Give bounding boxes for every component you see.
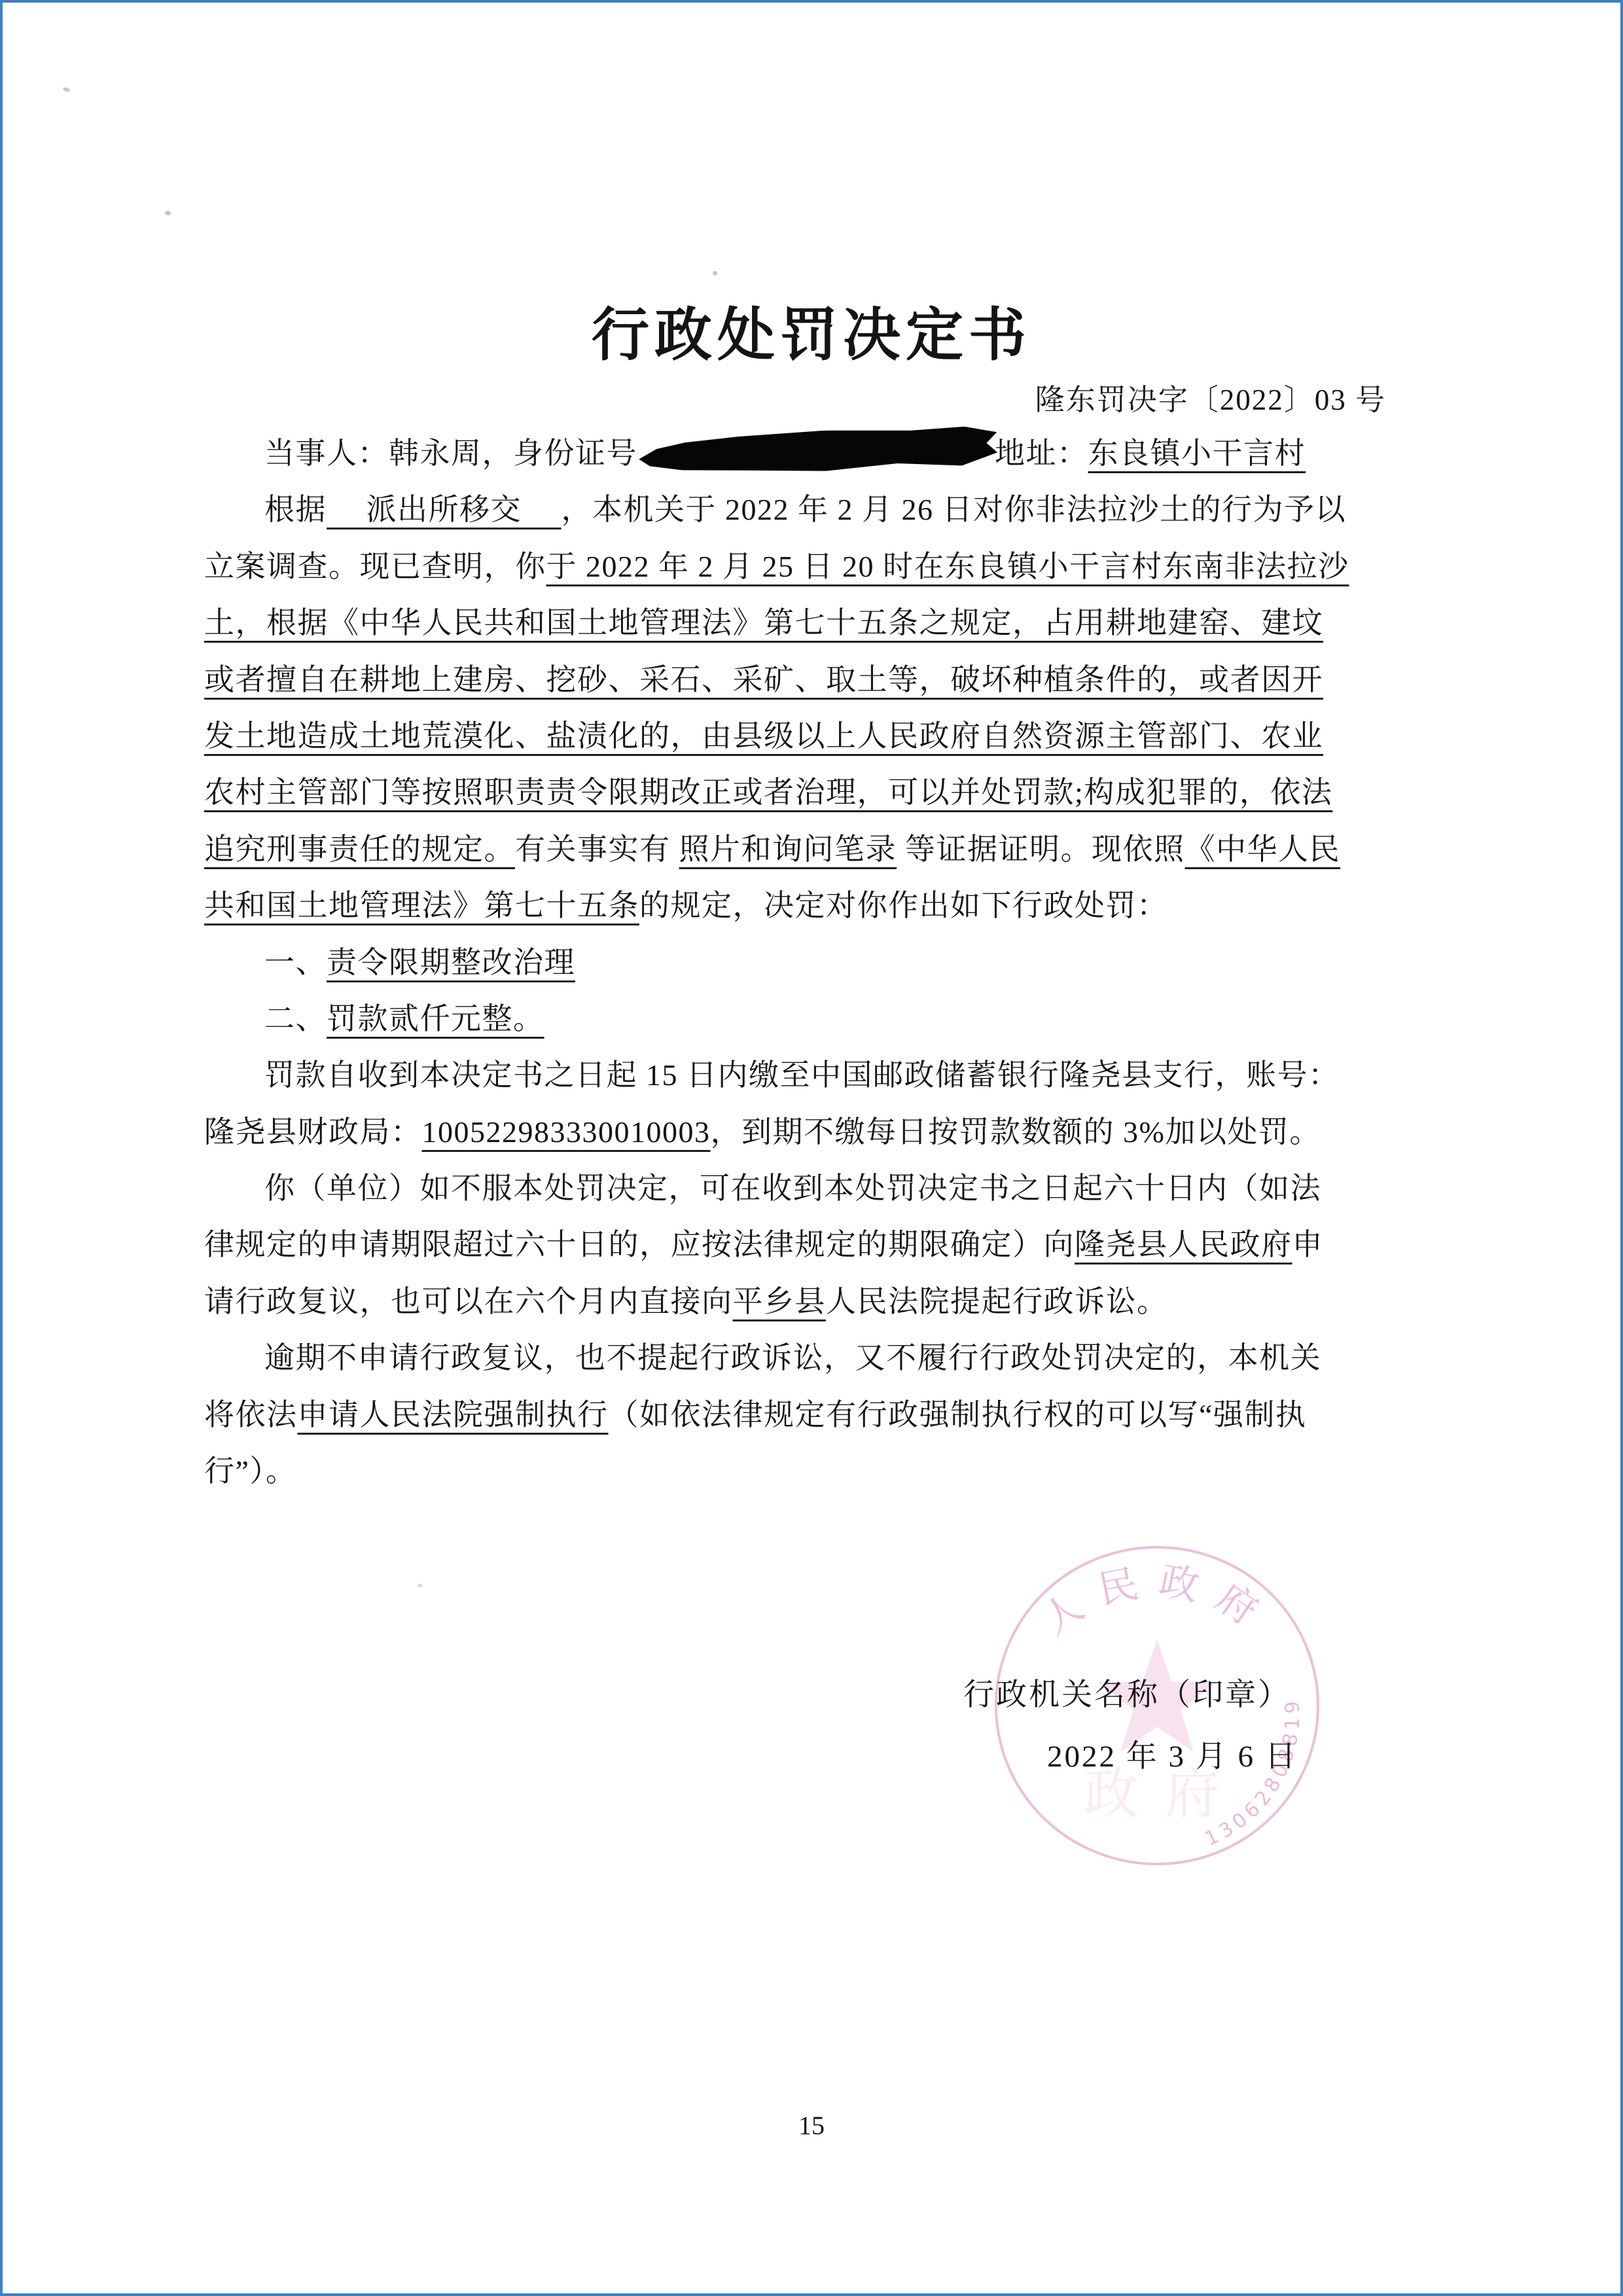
text-run: 土，根据《中华人民共和国土地管理法》第七十五条之规定，占用耕地建窑、建坟 xyxy=(204,606,1323,639)
text-run: 人民法院提起行政诉讼。 xyxy=(826,1285,1168,1318)
scan-speck xyxy=(165,211,171,215)
body-line: 律规定的申请期限超过六十日的，应按法律规定的期限确定）向隆尧县人民政府申 xyxy=(204,1217,1432,1273)
text-run: 二、 xyxy=(264,1002,327,1035)
scan-speck xyxy=(62,86,70,92)
text-run: 请行政复议，也可以在六个月内直接向 xyxy=(204,1285,733,1318)
text-run: 《中华人民 xyxy=(1185,833,1341,866)
id-number-redaction-bar xyxy=(638,425,998,476)
text-run: 行”）。 xyxy=(204,1454,296,1488)
text-run: 罚款贰仟元整。 xyxy=(327,1002,544,1035)
text-run: 追究刑事责任的规定。 xyxy=(204,833,515,866)
body-line: 共和国土地管理法》第七十五条的规定，决定对你作出如下行政处罚： xyxy=(204,878,1432,934)
text-run: 立案调查。现已查明，你 xyxy=(204,550,546,583)
text-run: 将依法 xyxy=(204,1398,298,1431)
body-line: 行”）。 xyxy=(204,1443,1432,1499)
text-run: 一、 xyxy=(264,946,327,979)
text-run: 隆尧县人民政府 xyxy=(1075,1228,1293,1261)
text-run: （如依法律规定有行政强制执行权的可以写“强制执 xyxy=(609,1398,1307,1431)
text-run: 平乡县 xyxy=(733,1285,827,1318)
text-run: 申 xyxy=(1293,1228,1324,1261)
body-line: 农村主管部门等按照职责责令限期改正或者治理，可以并处罚款;构成犯罪的，依法 xyxy=(204,764,1432,821)
text-run: 申请人民法院强制执行 xyxy=(298,1398,609,1431)
text-run: 农村主管部门等按照职责责令限期改正或者治理，可以并处罚款;构成犯罪的，依法 xyxy=(204,776,1332,809)
body-line: 二、罚款贰仟元整。 xyxy=(204,991,1432,1047)
text-run: 照片和询问笔录 xyxy=(679,833,897,866)
text-run: 责令限期整改治理 xyxy=(327,946,575,979)
text-run: 罚款自收到本决定书之日起 15 日内缴至中国邮政储蓄银行隆尧县支行，账号： xyxy=(264,1058,1340,1092)
text-run: 当事人：韩永周，身份证号 xyxy=(264,437,637,470)
body-line: 根据 派出所移交 ，本机关于 2022 年 2 月 26 日对你非法拉沙土的行为… xyxy=(204,482,1432,538)
body-line: 追究刑事责任的规定。有关事实有 照片和询问笔录 等证据证明。现依照《中华人民 xyxy=(204,821,1432,878)
text-run: ，到期不缴每日按罚款数额的 3%加以处罚。 xyxy=(711,1115,1321,1149)
scan-speck xyxy=(418,1584,423,1587)
agency-name-line: 行政机关名称（印章） xyxy=(963,1670,1291,1714)
text-run: 根据 xyxy=(264,493,327,526)
page-title: 行政处罚决定书 xyxy=(3,289,1620,372)
text-run: 派出所移交 xyxy=(327,493,562,526)
body-line: 隆尧县财政局：100522983330010003，到期不缴每日按罚款数额的 3… xyxy=(204,1104,1432,1160)
body-line: 你（单位）如不服本处罚决定，可在收到本处罚决定书之日起六十日内（如法 xyxy=(204,1160,1432,1217)
body-line: 土，根据《中华人民共和国土地管理法》第七十五条之规定，占用耕地建窑、建坟 xyxy=(204,595,1432,651)
body-lines: 当事人：韩永周，身份证号地址：东良镇小干言村根据 派出所移交 ，本机关于 202… xyxy=(204,425,1432,1499)
document-page: 行政处罚决定书 隆东罚决字〔2022〕03 号 当事人：韩永周，身份证号地址：东… xyxy=(0,0,1623,2296)
text-run: ，本机关于 2022 年 2 月 26 日对你非法拉沙土的行为予以 xyxy=(562,493,1347,526)
text-run: 或者擅自在耕地上建房、挖砂、采石、采矿、取土等，破坏种植条件的，或者因开 xyxy=(204,663,1323,696)
scan-speck xyxy=(713,271,717,276)
body-line: 逾期不申请行政复议，也不提起行政诉讼，又不履行行政处罚决定的，本机关 xyxy=(204,1330,1432,1386)
text-run: 地址： xyxy=(995,437,1088,470)
text-run: 逾期不申请行政复议，也不提起行政诉讼，又不履行行政处罚决定的，本机关 xyxy=(264,1341,1321,1374)
body-line: 发土地造成土地荒漠化、盐渍化的，由县级以上人民政府自然资源主管部门、农业 xyxy=(204,708,1432,764)
text-run: 等证据证明。现依照 xyxy=(897,833,1185,866)
body-line: 立案调查。现已查明，你于 2022 年 2 月 25 日 20 时在东良镇小干言… xyxy=(204,539,1432,595)
text-run: 共和国土地管理法》第七十五条 xyxy=(204,889,639,922)
text-run: 于 2022 年 2 月 25 日 20 时在东良镇小干言村东南非法拉沙 xyxy=(546,550,1349,583)
page-number: 15 xyxy=(3,2110,1620,2141)
body-line: 罚款自收到本决定书之日起 15 日内缴至中国邮政储蓄银行隆尧县支行，账号： xyxy=(204,1047,1432,1103)
text-run: 的规定，决定对你作出如下行政处罚： xyxy=(639,889,1168,922)
text-run: 100522983330010003 xyxy=(422,1115,711,1149)
text-run: 东良镇小干言村 xyxy=(1088,437,1306,470)
decision-date: 2022 年 3 月 6 日 xyxy=(1047,1732,1298,1776)
body-line: 当事人：韩永周，身份证号地址：东良镇小干言村 xyxy=(204,425,1432,482)
text-run: 你（单位）如不服本处罚决定，可在收到本处罚决定书之日起六十日内（如法 xyxy=(264,1172,1321,1205)
text-run: 隆尧县财政局： xyxy=(204,1115,422,1149)
text-run: 有关事实有 xyxy=(515,833,679,866)
body-line: 请行政复议，也可以在六个月内直接向平乡县人民法院提起行政诉讼。 xyxy=(204,1274,1432,1330)
text-run: 发土地造成土地荒漠化、盐渍化的，由县级以上人民政府自然资源主管部门、农业 xyxy=(204,719,1323,753)
body-line: 或者擅自在耕地上建房、挖砂、采石、采矿、取土等，破坏种植条件的，或者因开 xyxy=(204,652,1432,708)
body-line: 一、责令限期整改治理 xyxy=(204,935,1432,991)
body-line: 将依法申请人民法院强制执行（如依法律规定有行政强制执行权的可以写“强制执 xyxy=(204,1387,1432,1443)
text-run: 律规定的申请期限超过六十日的，应按法律规定的期限确定）向 xyxy=(204,1228,1075,1261)
doc-number: 隆东罚决字〔2022〕03 号 xyxy=(1035,376,1386,418)
